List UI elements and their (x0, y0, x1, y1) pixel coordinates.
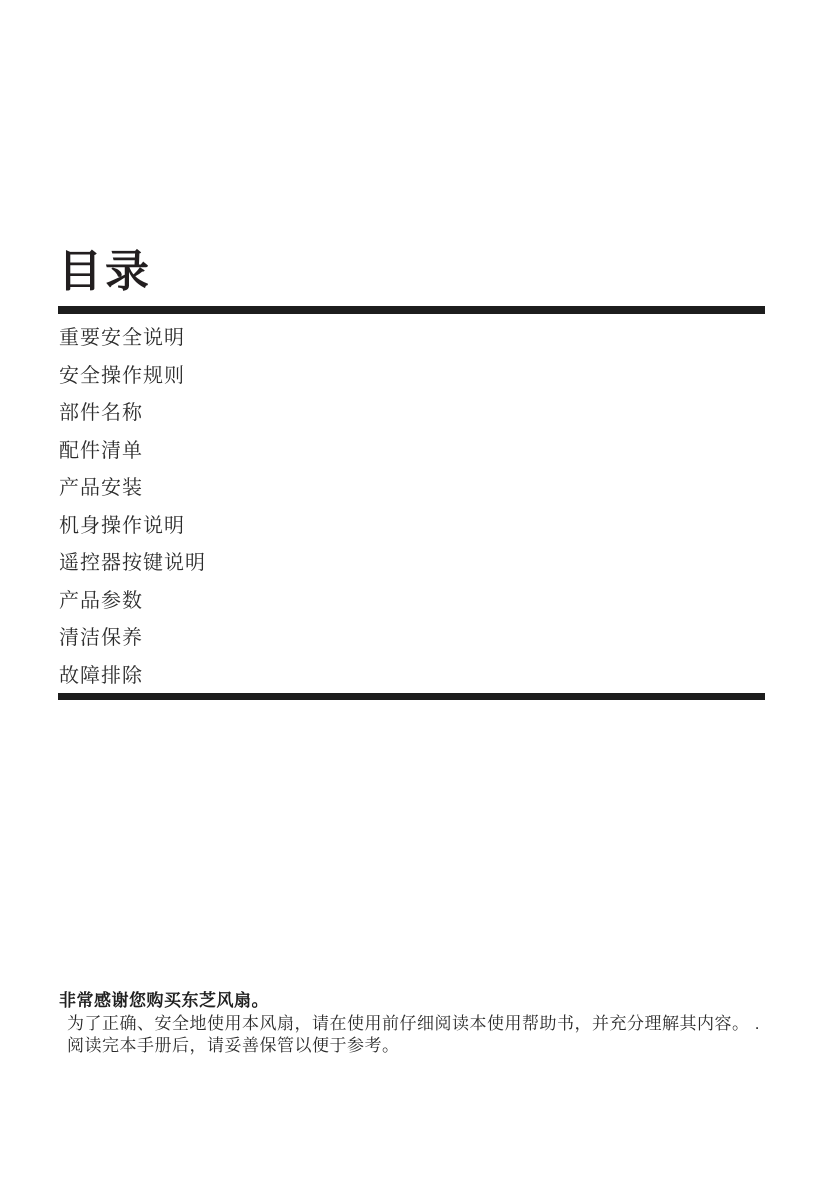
toc-item-label: 产品参数 (59, 584, 143, 613)
toc-item-label: 故障排除 (59, 659, 143, 688)
toc-item-label: 部件名称 (59, 396, 143, 425)
toc-item-label: 安全操作规则 (59, 359, 185, 388)
toc-item-label: 遥控器按键说明 (59, 546, 206, 575)
usage-note-line-2: 阅读完本手册后，请妥善保管以便于参考。 (67, 1035, 767, 1057)
toc-list: 重要安全说明 安全操作规则 部件名称 配件清单 产品安装 机身操作说明 遥控 (59, 317, 206, 692)
toc-item-label: 清洁保养 (59, 621, 143, 650)
toc-item: 故障排除 (59, 655, 206, 693)
toc-item: 重要安全说明 (59, 317, 206, 355)
toc-item-label: 重要安全说明 (59, 321, 185, 350)
toc-item-label: 机身操作说明 (59, 509, 185, 538)
usage-note: 为了正确、安全地使用本风扇，请在使用前仔细阅读本使用帮助书，并充分理解其内容。 … (67, 1013, 767, 1057)
toc-item: 清洁保养 (59, 617, 206, 655)
toc-item: 配件清单 (59, 430, 206, 468)
page-title: 目录 (58, 248, 152, 296)
title-underline-rule (58, 306, 765, 314)
toc-item: 安全操作规则 (59, 355, 206, 393)
toc-bottom-rule (58, 693, 765, 700)
toc-item: 部件名称 (59, 392, 206, 430)
toc-item: 机身操作说明 (59, 505, 206, 543)
thanks-note: 非常感谢您购买东芝风扇。 (59, 986, 269, 1011)
manual-page: 目录 重要安全说明 安全操作规则 部件名称 配件清单 产品安装 机身 (0, 0, 822, 1191)
toc-item: 产品安装 (59, 467, 206, 505)
toc-item-label: 配件清单 (59, 434, 143, 463)
toc-item: 产品参数 (59, 580, 206, 618)
usage-note-line-1: 为了正确、安全地使用本风扇，请在使用前仔细阅读本使用帮助书，并充分理解其内容。 … (67, 1013, 767, 1035)
toc-item: 遥控器按键说明 (59, 542, 206, 580)
toc-item-label: 产品安装 (59, 471, 143, 500)
